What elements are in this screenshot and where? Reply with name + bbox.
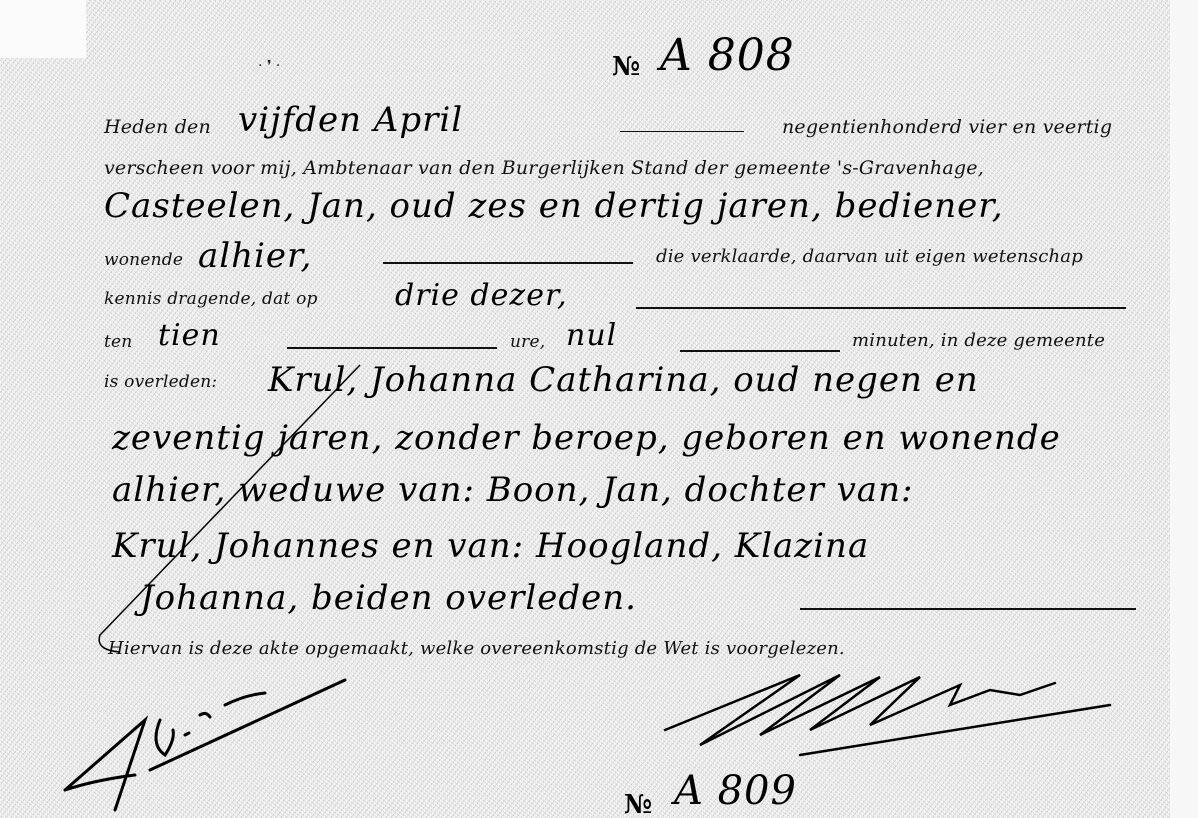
fill-line bbox=[800, 608, 1136, 610]
fill-line bbox=[383, 262, 633, 264]
fill-line bbox=[620, 131, 744, 132]
printed-text-ten: ten bbox=[104, 332, 132, 352]
scan-corner-blank bbox=[0, 0, 86, 58]
handwritten-declarant: Casteelen, Jan, oud zes en dertig jaren,… bbox=[104, 186, 1004, 226]
ink-smudge: · ❜ · bbox=[258, 58, 280, 74]
next-certificate-number-prefix: № bbox=[624, 790, 652, 818]
pen-stroke bbox=[40, 360, 380, 660]
handwritten-residence: alhier, bbox=[198, 236, 312, 276]
printed-text-wonende: wonende bbox=[104, 250, 183, 270]
printed-text-kennis: kennis dragende, dat op bbox=[104, 289, 318, 309]
next-certificate-number: A 809 bbox=[674, 768, 797, 814]
fill-line bbox=[636, 307, 1126, 309]
certificate-number-prefix: № bbox=[612, 52, 640, 82]
printed-text-heden-den: Heden den bbox=[104, 116, 211, 138]
printed-text-verklaarde: die verklaarde, daarvan uit eigen wetens… bbox=[656, 246, 1083, 267]
handwritten-day-of-death: drie dezer, bbox=[395, 278, 568, 313]
signature-left bbox=[55, 660, 355, 818]
signature-right bbox=[660, 665, 1130, 765]
printed-text-ure: ure, bbox=[510, 332, 545, 352]
handwritten-minutes: nul bbox=[566, 318, 617, 353]
scan-right-margin bbox=[1170, 0, 1198, 818]
fill-line bbox=[287, 347, 497, 349]
handwritten-date: vijfden April bbox=[238, 100, 463, 140]
scanned-page: · ❜ · № A 808 Heden den vijfden April ne… bbox=[0, 0, 1198, 818]
printed-text-minuten: minuten, in deze gemeente bbox=[852, 330, 1105, 351]
fill-line bbox=[680, 350, 840, 352]
printed-text-year: negentienhonderd vier en veertig bbox=[782, 116, 1112, 138]
handwritten-hour: tien bbox=[158, 318, 221, 353]
printed-text-verscheen: verscheen voor mij, Ambtenaar van den Bu… bbox=[104, 157, 984, 179]
certificate-number: A 808 bbox=[660, 30, 795, 81]
